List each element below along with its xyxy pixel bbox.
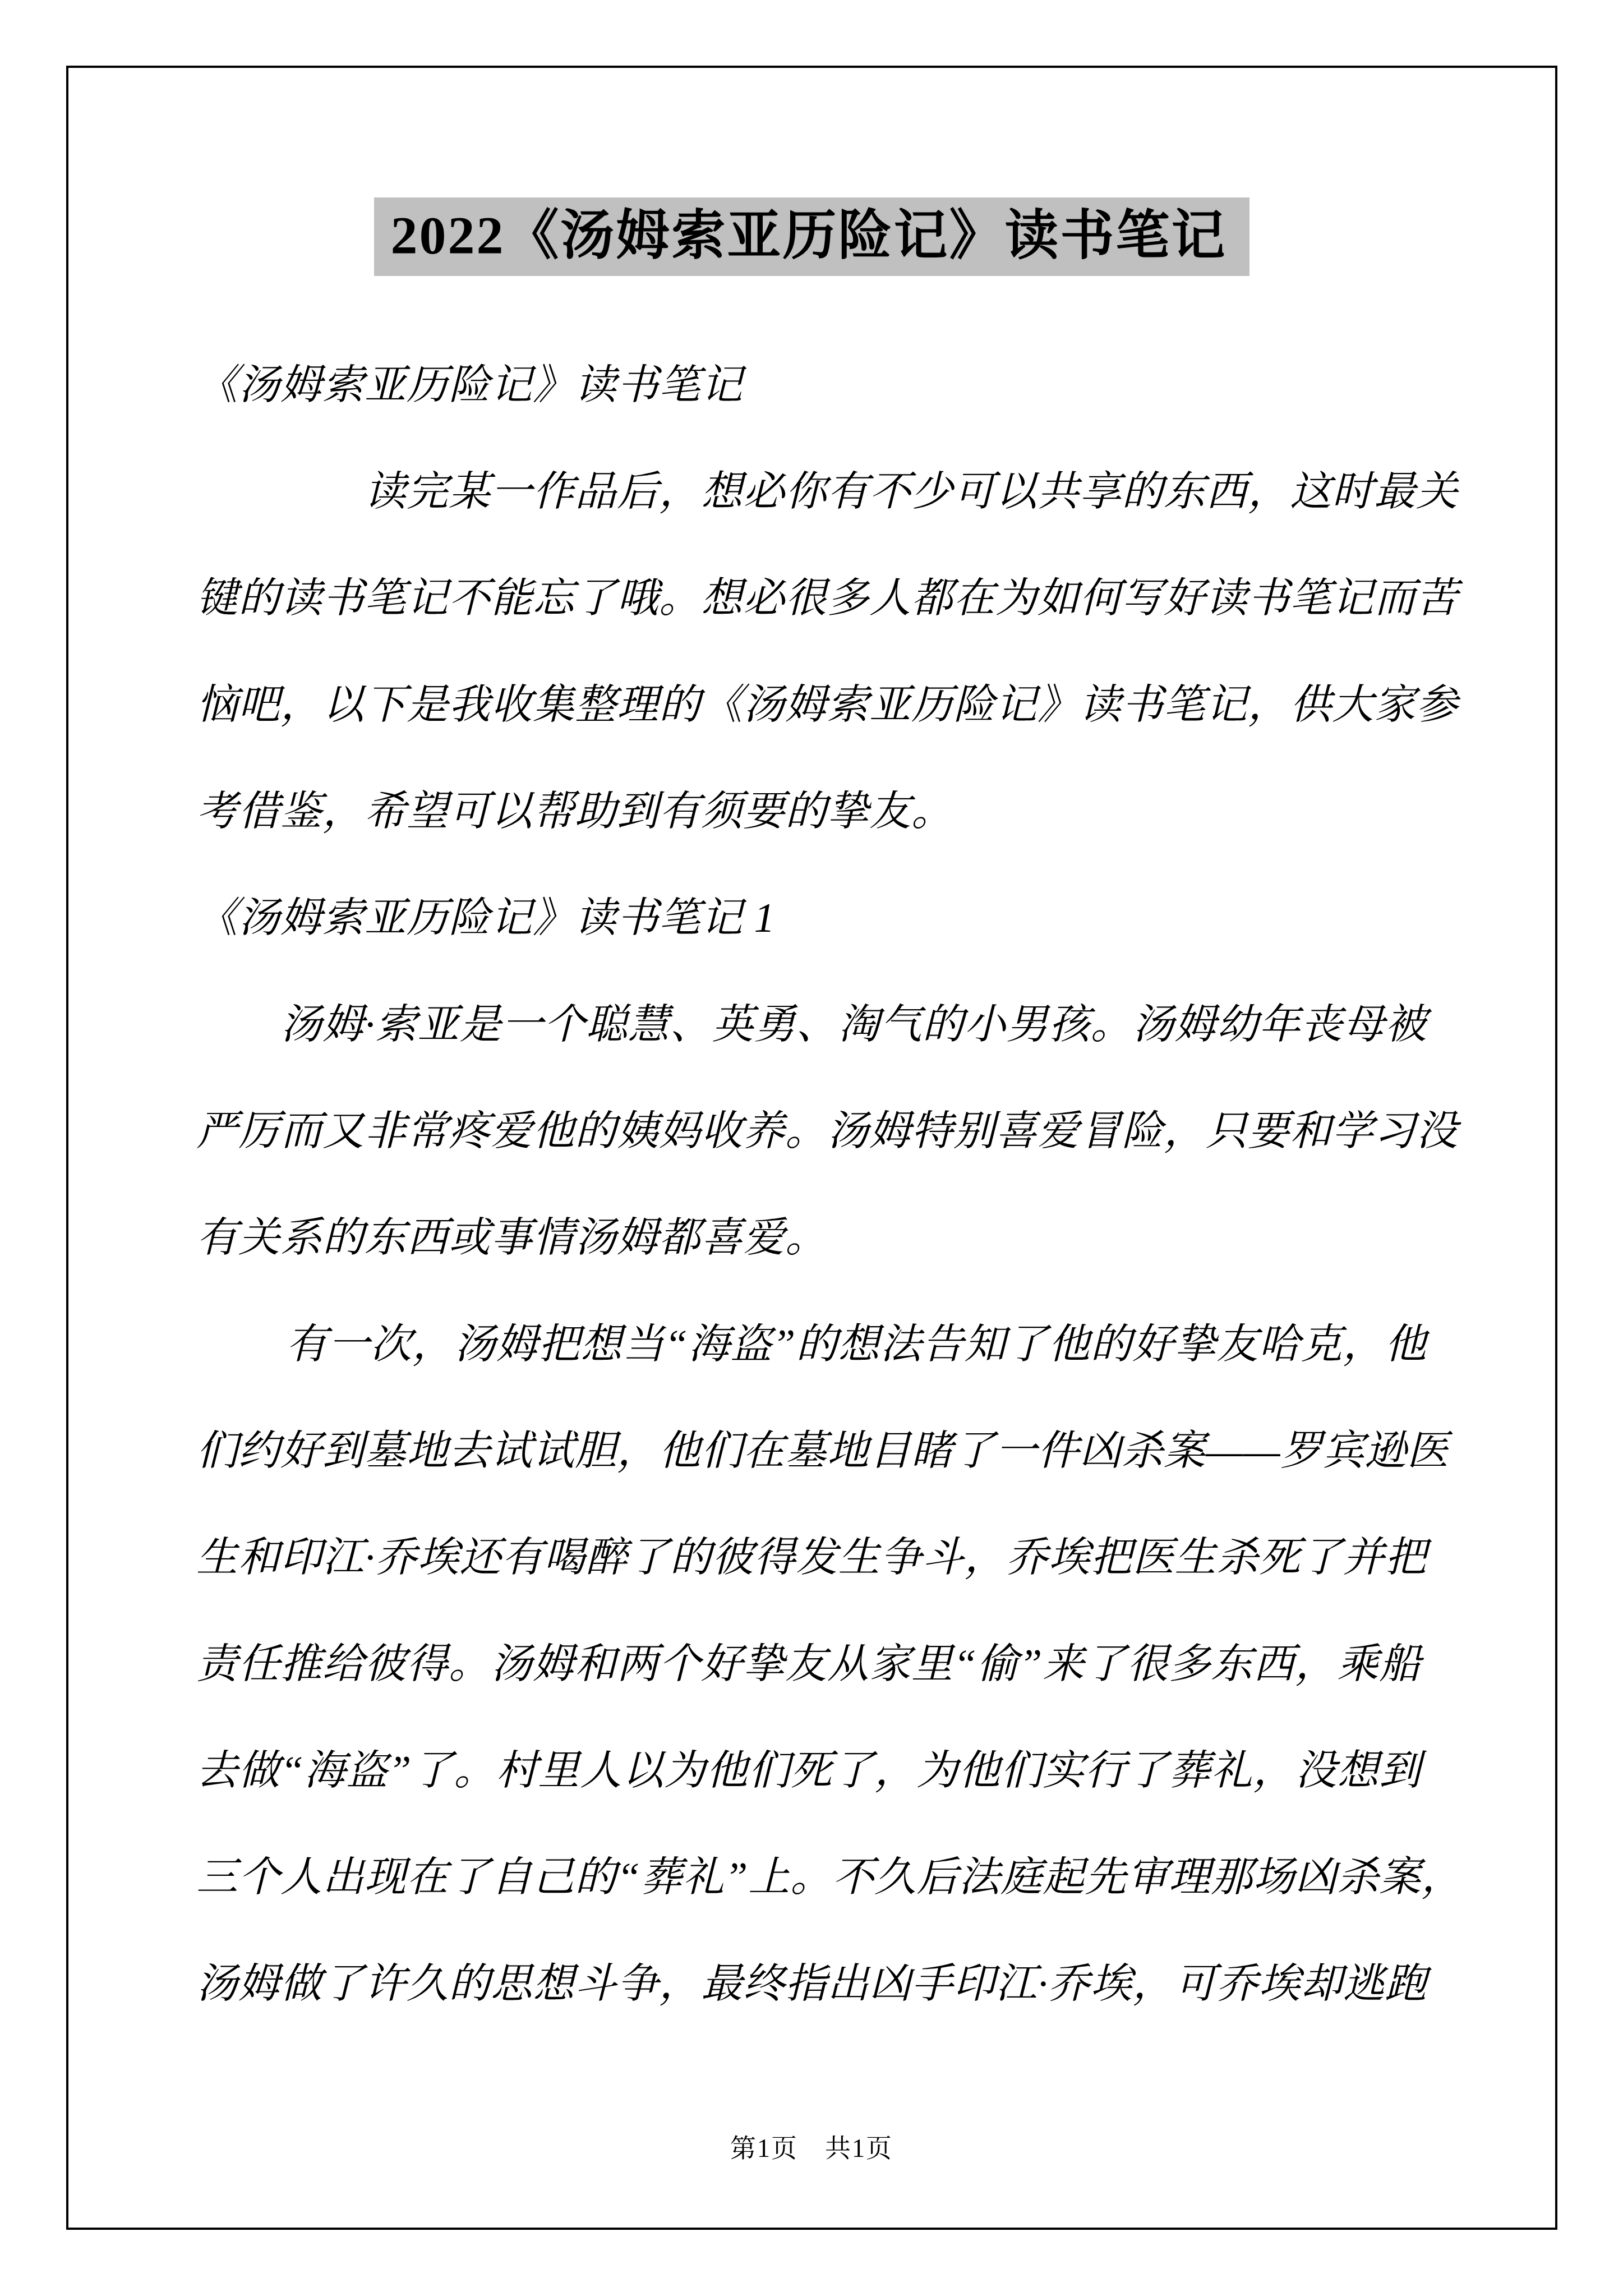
text-line: 考借鉴，希望可以帮助到有须要的挚友。 <box>196 788 1486 836</box>
text-line: 键的读书笔记不能忘了哦。想必很多人都在为如何写好读书笔记而苦 <box>196 575 1486 623</box>
page-number-footer: 第1页 共1页 <box>0 2128 1623 2165</box>
text-line: 汤姆做了许久的思想斗争，最终指出凶手印江·乔埃，可乔埃却逃跑 <box>196 1961 1486 2008</box>
text-line: 有关系的东西或事情汤姆都喜爱。 <box>196 1214 1486 1262</box>
document-page: { "document": { "title": "2022《汤姆索亚历险记》读… <box>0 0 1623 2296</box>
text-line: 们约好到墓地去试试胆，他们在墓地目睹了一件凶杀案——罗宾逊医 <box>196 1428 1486 1475</box>
text-line: 生和印江·乔埃还有喝醉了的彼得发生争斗，乔埃把医生杀死了并把 <box>196 1534 1486 1582</box>
text-line: 恼吧，以下是我收集整理的《汤姆索亚历险记》读书笔记，供大家参 <box>196 682 1486 729</box>
text-line: 读完某一作品后，想必你有不少可以共享的东西，这时最关 <box>196 468 1623 516</box>
subtitle: 《汤姆索亚历险记》读书笔记 <box>196 362 1486 409</box>
text-line: 责任推给彼得。汤姆和两个好挚友从家里“偷”来了很多东西，乘船 <box>196 1641 1486 1688</box>
text-line: 三个人出现在了自己的“葬礼”上。不久后法庭起先审理那场凶杀案， <box>196 1854 1486 1902</box>
text-line: 去做“海盗”了。村里人以为他们死了，为他们实行了葬礼，没想到 <box>196 1747 1486 1795</box>
text-line: 有一次，汤姆把想当“海盗”的想法告知了他的好挚友哈克，他 <box>196 1321 1576 1369</box>
section-heading-1: 《汤姆索亚历险记》读书笔记 1 <box>196 895 1486 942</box>
text-line: 严厉而又非常疼爱他的姨妈收养。汤姆特别喜爱冒险，只要和学习没 <box>196 1108 1486 1156</box>
text-line: 汤姆·索亚是一个聪慧、英勇、淘气的小男孩。汤姆幼年丧母被 <box>196 1001 1570 1049</box>
document-body: 《汤姆索亚历险记》读书笔记读完某一作品后，想必你有不少可以共享的东西，这时最关键… <box>0 0 1623 2296</box>
